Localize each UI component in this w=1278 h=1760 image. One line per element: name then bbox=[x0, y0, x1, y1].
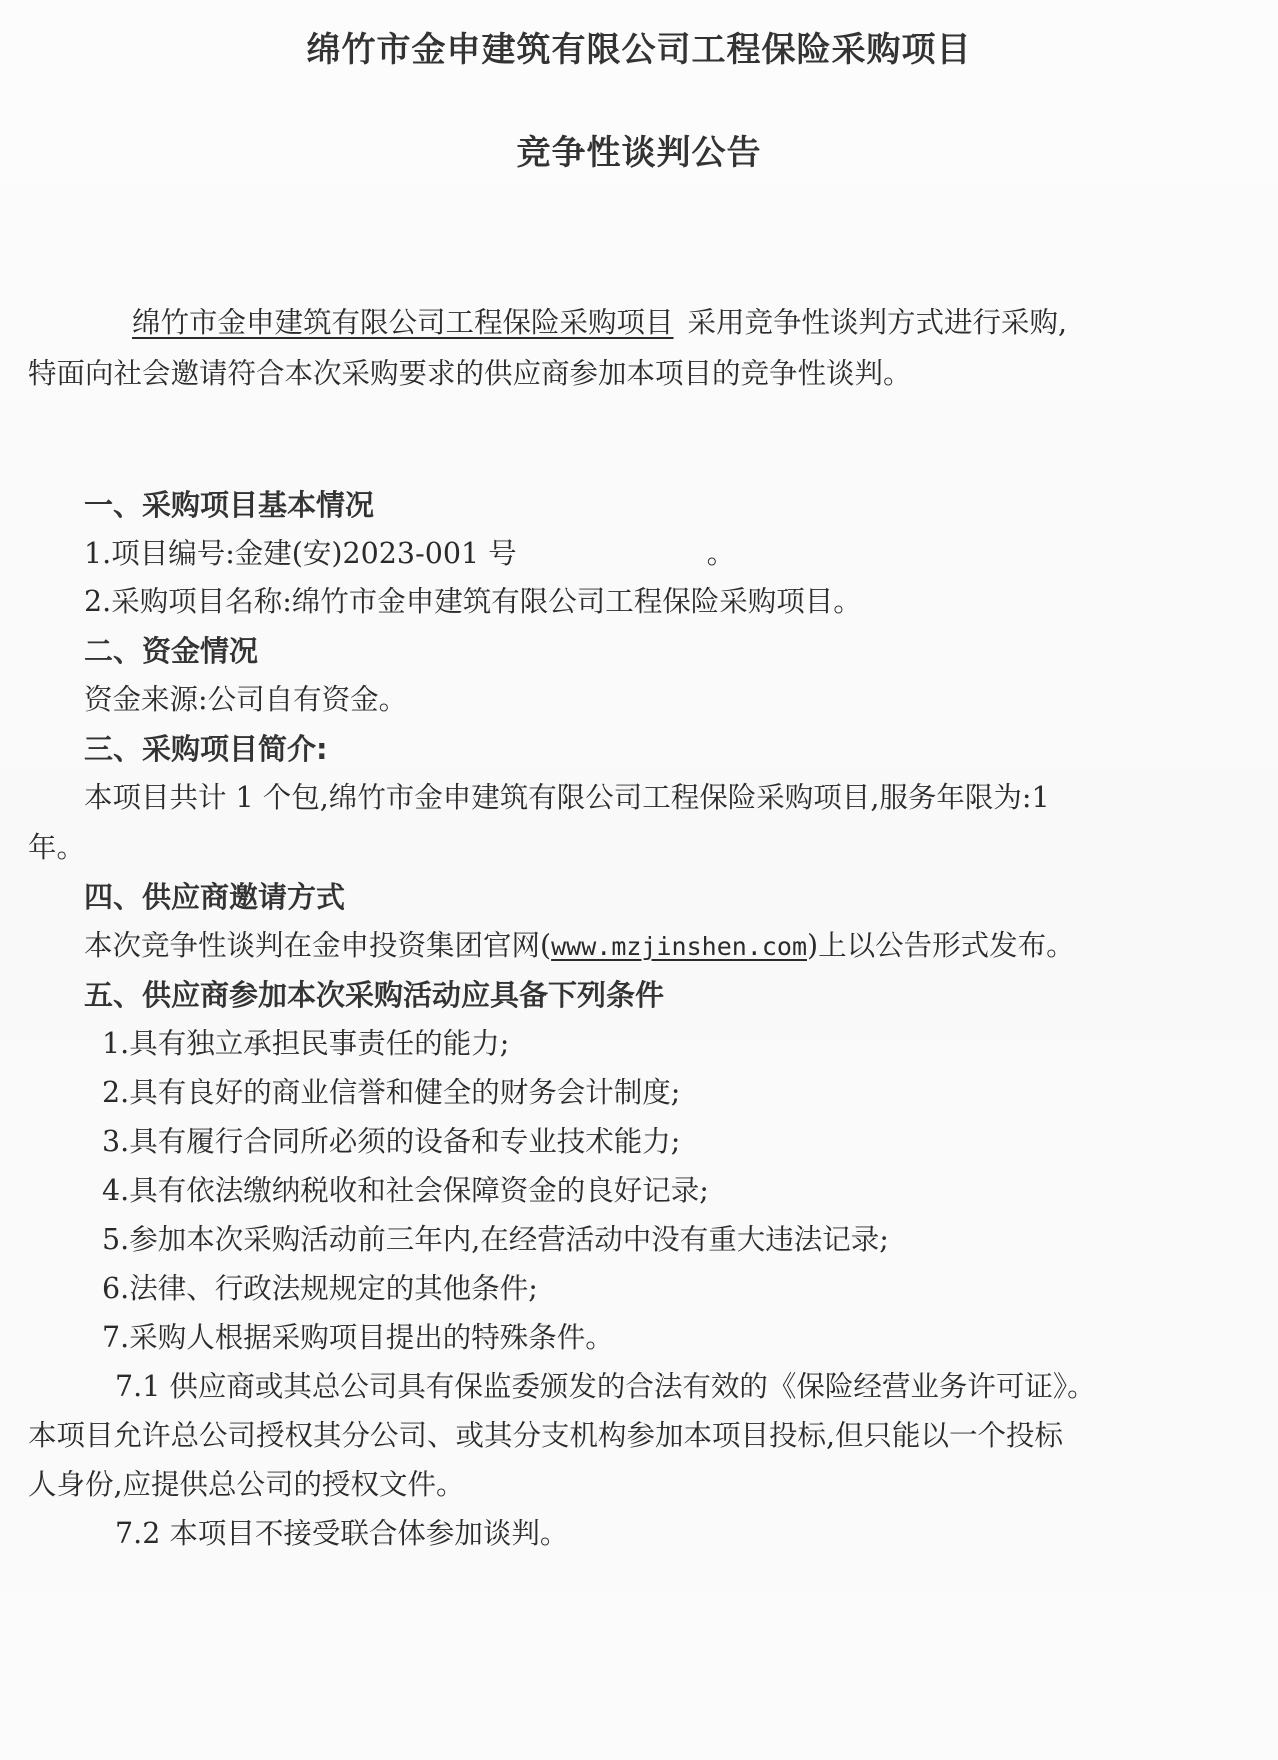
condition-item-5: 5.参加本次采购活动前三年内,在经营活动中没有重大违法记录; bbox=[102, 1222, 889, 1258]
document-title: 绵竹市金申建筑有限公司工程保险采购项目 bbox=[0, 22, 1278, 71]
section-3-item-1: 本项目共计 1 个包,绵竹市金申建筑有限公司工程保险采购项目,服务年限为:1 bbox=[84, 780, 1050, 816]
section-heading-5: 五、供应商参加本次采购活动应具备下列条件 bbox=[84, 977, 664, 1013]
intro-line-1: 绵竹市金申建筑有限公司工程保险采购项目采用竞争性谈判方式进行采购, bbox=[110, 305, 1067, 341]
condition-item-4: 4.具有依法缴纳税收和社会保障资金的良好记录; bbox=[102, 1173, 709, 1209]
document-page: 绵竹市金申建筑有限公司工程保险采购项目 竞争性谈判公告 绵竹市金申建筑有限公司工… bbox=[0, 0, 1278, 1760]
section-1-item-1: 1.项目编号:金建(安)2023-001 号。 bbox=[84, 536, 735, 572]
condition-item-7-1-continuation-2: 人身份,应提供总公司的授权文件。 bbox=[28, 1467, 465, 1503]
condition-item-7-1: 7.1 供应商或其总公司具有保监委颁发的合法有效的《保险经营业务许可证》。 bbox=[115, 1369, 1096, 1405]
section-3-item-1-continuation: 年。 bbox=[28, 830, 85, 866]
section-heading-4: 四、供应商邀请方式 bbox=[84, 879, 345, 915]
condition-item-3: 3.具有履行合同所必须的设备和专业技术能力; bbox=[102, 1124, 680, 1160]
section-4-item-1: 本次竞争性谈判在金申投资集团官网(www.mzjinshen.com)上以公告形… bbox=[84, 928, 1075, 965]
intro-line-1-rest: 采用竞争性谈判方式进行采购, bbox=[688, 306, 1068, 339]
intro-line-2: 特面向社会邀请符合本次采购要求的供应商参加本项目的竞争性谈判。 bbox=[28, 356, 912, 392]
condition-item-7: 7.采购人根据采购项目提出的特殊条件。 bbox=[102, 1320, 614, 1356]
condition-item-2: 2.具有良好的商业信誉和健全的财务会计制度; bbox=[102, 1075, 680, 1111]
condition-item-7-2: 7.2 本项目不接受联合体参加谈判。 bbox=[115, 1516, 568, 1552]
condition-item-6: 6.法律、行政法规规定的其他条件; bbox=[102, 1271, 538, 1307]
section-heading-1: 一、采购项目基本情况 bbox=[84, 487, 374, 523]
intro-project-name-underlined: 绵竹市金申建筑有限公司工程保险采购项目 bbox=[110, 306, 688, 339]
document-subtitle: 竞争性谈判公告 bbox=[0, 125, 1278, 174]
section-heading-3: 三、采购项目简介: bbox=[84, 731, 328, 767]
section-heading-2: 二、资金情况 bbox=[84, 633, 258, 669]
section-2-item-1: 资金来源:公司自有资金。 bbox=[84, 682, 407, 718]
condition-item-1: 1.具有独立承担民事责任的能力; bbox=[102, 1026, 509, 1062]
condition-item-7-1-continuation-1: 本项目允许总公司授权其分公司、或其分支机构参加本项目投标,但只能以一个投标 bbox=[28, 1418, 1063, 1454]
website-link[interactable]: www.mzjinshen.com bbox=[551, 932, 807, 961]
section-1-item-2: 2.采购项目名称:绵竹市金申建筑有限公司工程保险采购项目。 bbox=[84, 584, 862, 620]
